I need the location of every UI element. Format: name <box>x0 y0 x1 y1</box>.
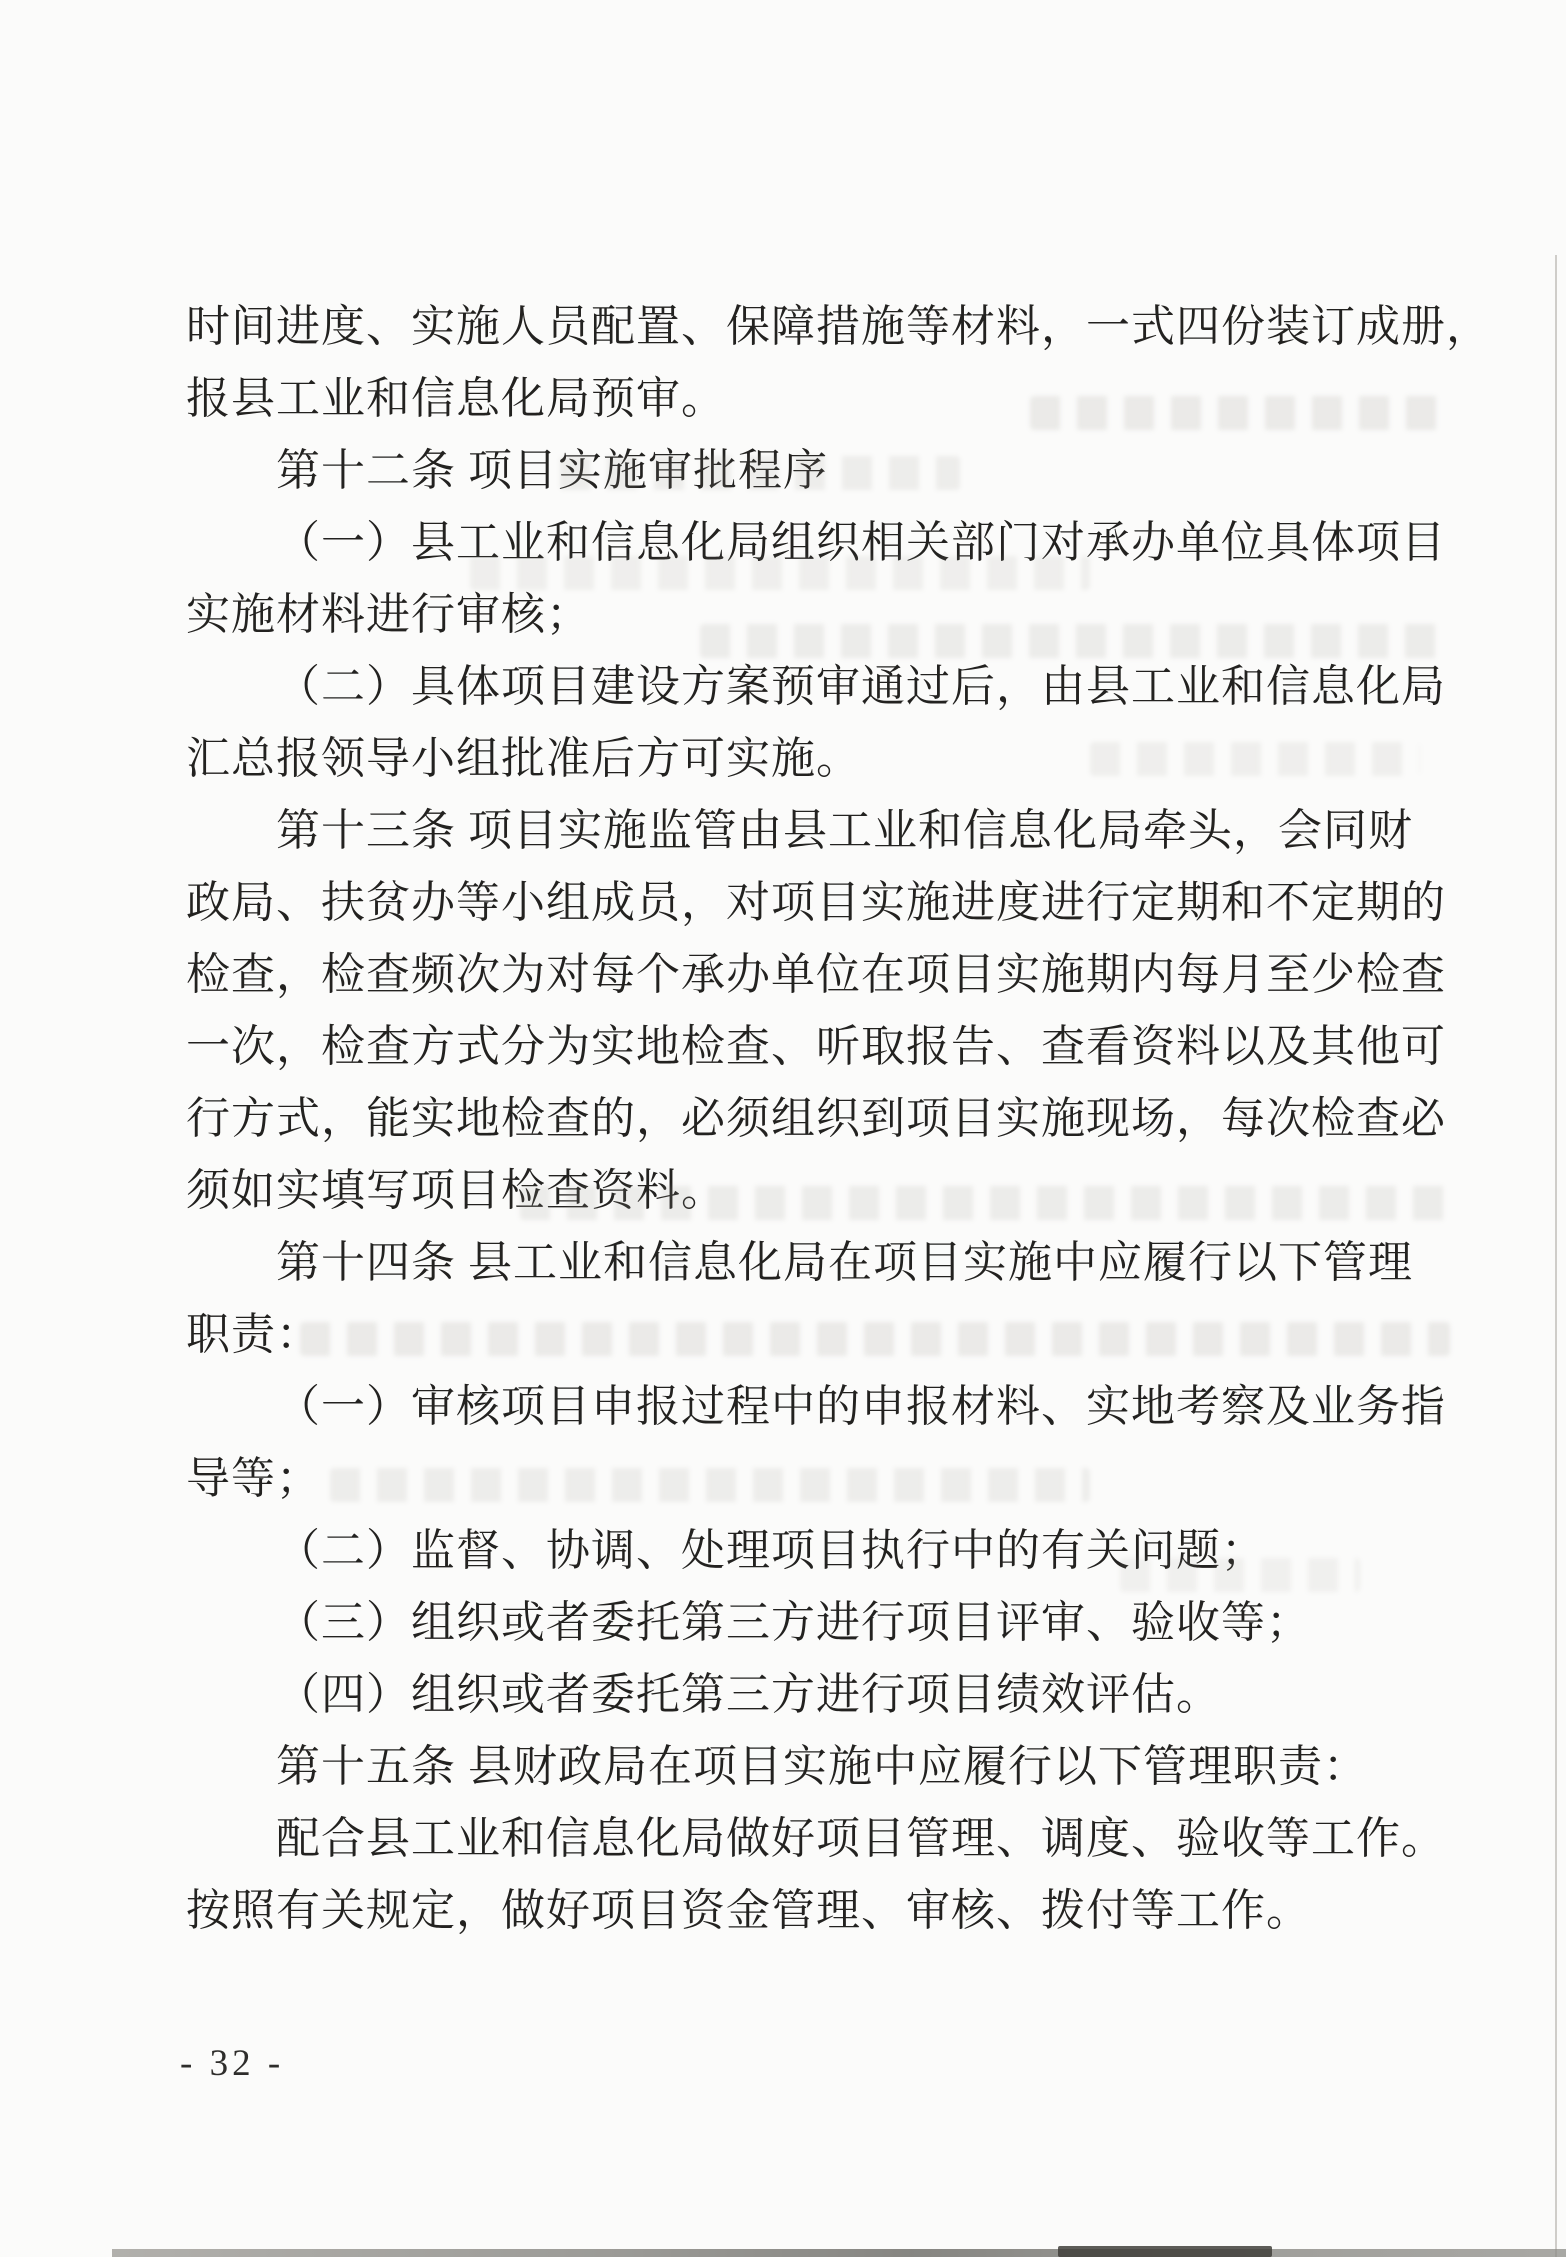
bleedthrough-artifact <box>1090 742 1420 776</box>
document-line: 政局、扶贫办等小组成员，对项目实施进度进行定期和不定期的 <box>186 867 1486 939</box>
document-line: 一次，检查方式分为实地检查、听取报告、查看资料以及其他可 <box>186 1011 1486 1083</box>
paragraph: （四）组织或者委托第三方进行项目绩效评估。 <box>186 1659 1486 1731</box>
scan-bottom-smudge <box>1058 2246 1272 2257</box>
paragraph: 第十三条 项目实施监管由县工业和信息化局牵头，会同财政局、扶贫办等小组成员，对项… <box>186 795 1486 1227</box>
document-line: （一）审核项目申报过程中的申报材料、实地考察及业务指 <box>186 1371 1486 1443</box>
document-line: （二）具体项目建设方案预审通过后，由县工业和信息化局 <box>186 651 1486 723</box>
document-line: 第十五条 县财政局在项目实施中应履行以下管理职责： <box>186 1731 1486 1803</box>
bleedthrough-artifact <box>330 1468 1090 1502</box>
document-page: 时间进度、实施人员配置、保障措施等材料，一式四份装订成册，报县工业和信息化局预审… <box>0 0 1566 2257</box>
bleedthrough-artifact <box>560 456 960 490</box>
document-line: 行方式，能实地检查的，必须组织到项目实施现场，每次检查必 <box>186 1083 1486 1155</box>
bleedthrough-artifact <box>1120 1558 1360 1592</box>
document-line: 配合县工业和信息化局做好项目管理、调度、验收等工作。 <box>186 1803 1486 1875</box>
document-body: 时间进度、实施人员配置、保障措施等材料，一式四份装订成册，报县工业和信息化局预审… <box>186 291 1486 1947</box>
paragraph: 第十五条 县财政局在项目实施中应履行以下管理职责： <box>186 1731 1486 1803</box>
document-line: 第十三条 项目实施监管由县工业和信息化局牵头，会同财 <box>186 795 1486 867</box>
document-line: 检查，检查频次为对每个承办单位在项目实施期内每月至少检查 <box>186 939 1486 1011</box>
paragraph: 配合县工业和信息化局做好项目管理、调度、验收等工作。按照有关规定，做好项目资金管… <box>186 1803 1486 1947</box>
document-line: 按照有关规定，做好项目资金管理、审核、拨付等工作。 <box>186 1875 1486 1947</box>
document-line: 时间进度、实施人员配置、保障措施等材料，一式四份装订成册， <box>186 291 1486 363</box>
document-line: （四）组织或者委托第三方进行项目绩效评估。 <box>186 1659 1486 1731</box>
scan-edge-line <box>1555 255 1557 2257</box>
paragraph: （三）组织或者委托第三方进行项目评审、验收等； <box>186 1587 1486 1659</box>
document-line: 第十四条 县工业和信息化局在项目实施中应履行以下管理 <box>186 1227 1486 1299</box>
bleedthrough-artifact <box>1030 396 1440 430</box>
bleedthrough-artifact <box>700 624 1450 658</box>
bleedthrough-artifact <box>300 1322 1450 1356</box>
bleedthrough-artifact <box>520 1186 1450 1220</box>
page-number: - 32 - <box>180 2042 284 2085</box>
bleedthrough-artifact <box>470 556 1090 590</box>
scan-bottom-edge <box>112 2249 1566 2257</box>
document-line: （三）组织或者委托第三方进行项目评审、验收等； <box>186 1587 1486 1659</box>
